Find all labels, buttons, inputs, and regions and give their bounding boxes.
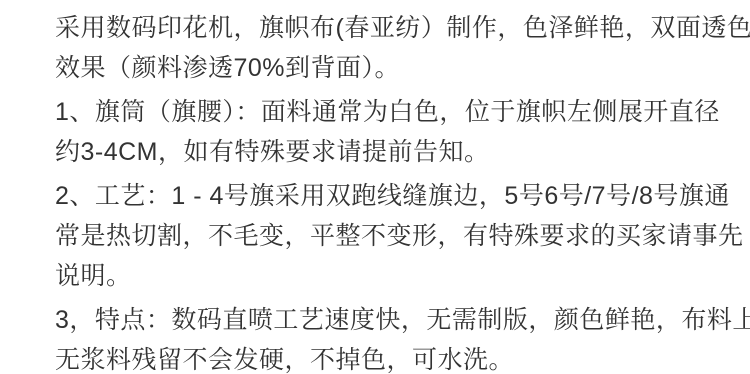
text-line: 常是热切割，不毛变，平整不变形，有特殊要求的买家请事先 bbox=[55, 216, 700, 256]
description-paragraph-item3: 3，特点：数码直喷工艺速度快，无需制版，颜色鲜艳，布料上 无浆料残留不会发硬，不… bbox=[55, 300, 700, 374]
text-line: 3，特点：数码直喷工艺速度快，无需制版，颜色鲜艳，布料上 bbox=[55, 300, 700, 340]
text-line: 无浆料残留不会发硬，不掉色，可水洗。 bbox=[55, 340, 700, 374]
text-line: 2、工艺：1 - 4号旗采用双跑线缝旗边，5号6号/7号/8号旗通 bbox=[55, 176, 700, 216]
description-paragraph-item2: 2、工艺：1 - 4号旗采用双跑线缝旗边，5号6号/7号/8号旗通 常是热切割，… bbox=[55, 176, 700, 296]
text-line: 说明。 bbox=[55, 256, 700, 296]
text-line: 约3-4CM，如有特殊要求请提前告知。 bbox=[55, 132, 700, 172]
text-line: 效果（颜料渗透70%到背面）。 bbox=[55, 48, 700, 88]
product-description-page: 采用数码印花机，旗帜布(春亚纺）制作，色泽鲜艳，双面透色 效果（颜料渗透70%到… bbox=[0, 0, 750, 374]
text-line: 1、旗筒（旗腰）：面料通常为白色，位于旗帜左侧展开直径 bbox=[55, 92, 700, 132]
text-line: 采用数码印花机，旗帜布(春亚纺）制作，色泽鲜艳，双面透色 bbox=[55, 8, 700, 48]
description-paragraph-intro: 采用数码印花机，旗帜布(春亚纺）制作，色泽鲜艳，双面透色 效果（颜料渗透70%到… bbox=[55, 8, 700, 88]
description-paragraph-item1: 1、旗筒（旗腰）：面料通常为白色，位于旗帜左侧展开直径 约3-4CM，如有特殊要… bbox=[55, 92, 700, 172]
